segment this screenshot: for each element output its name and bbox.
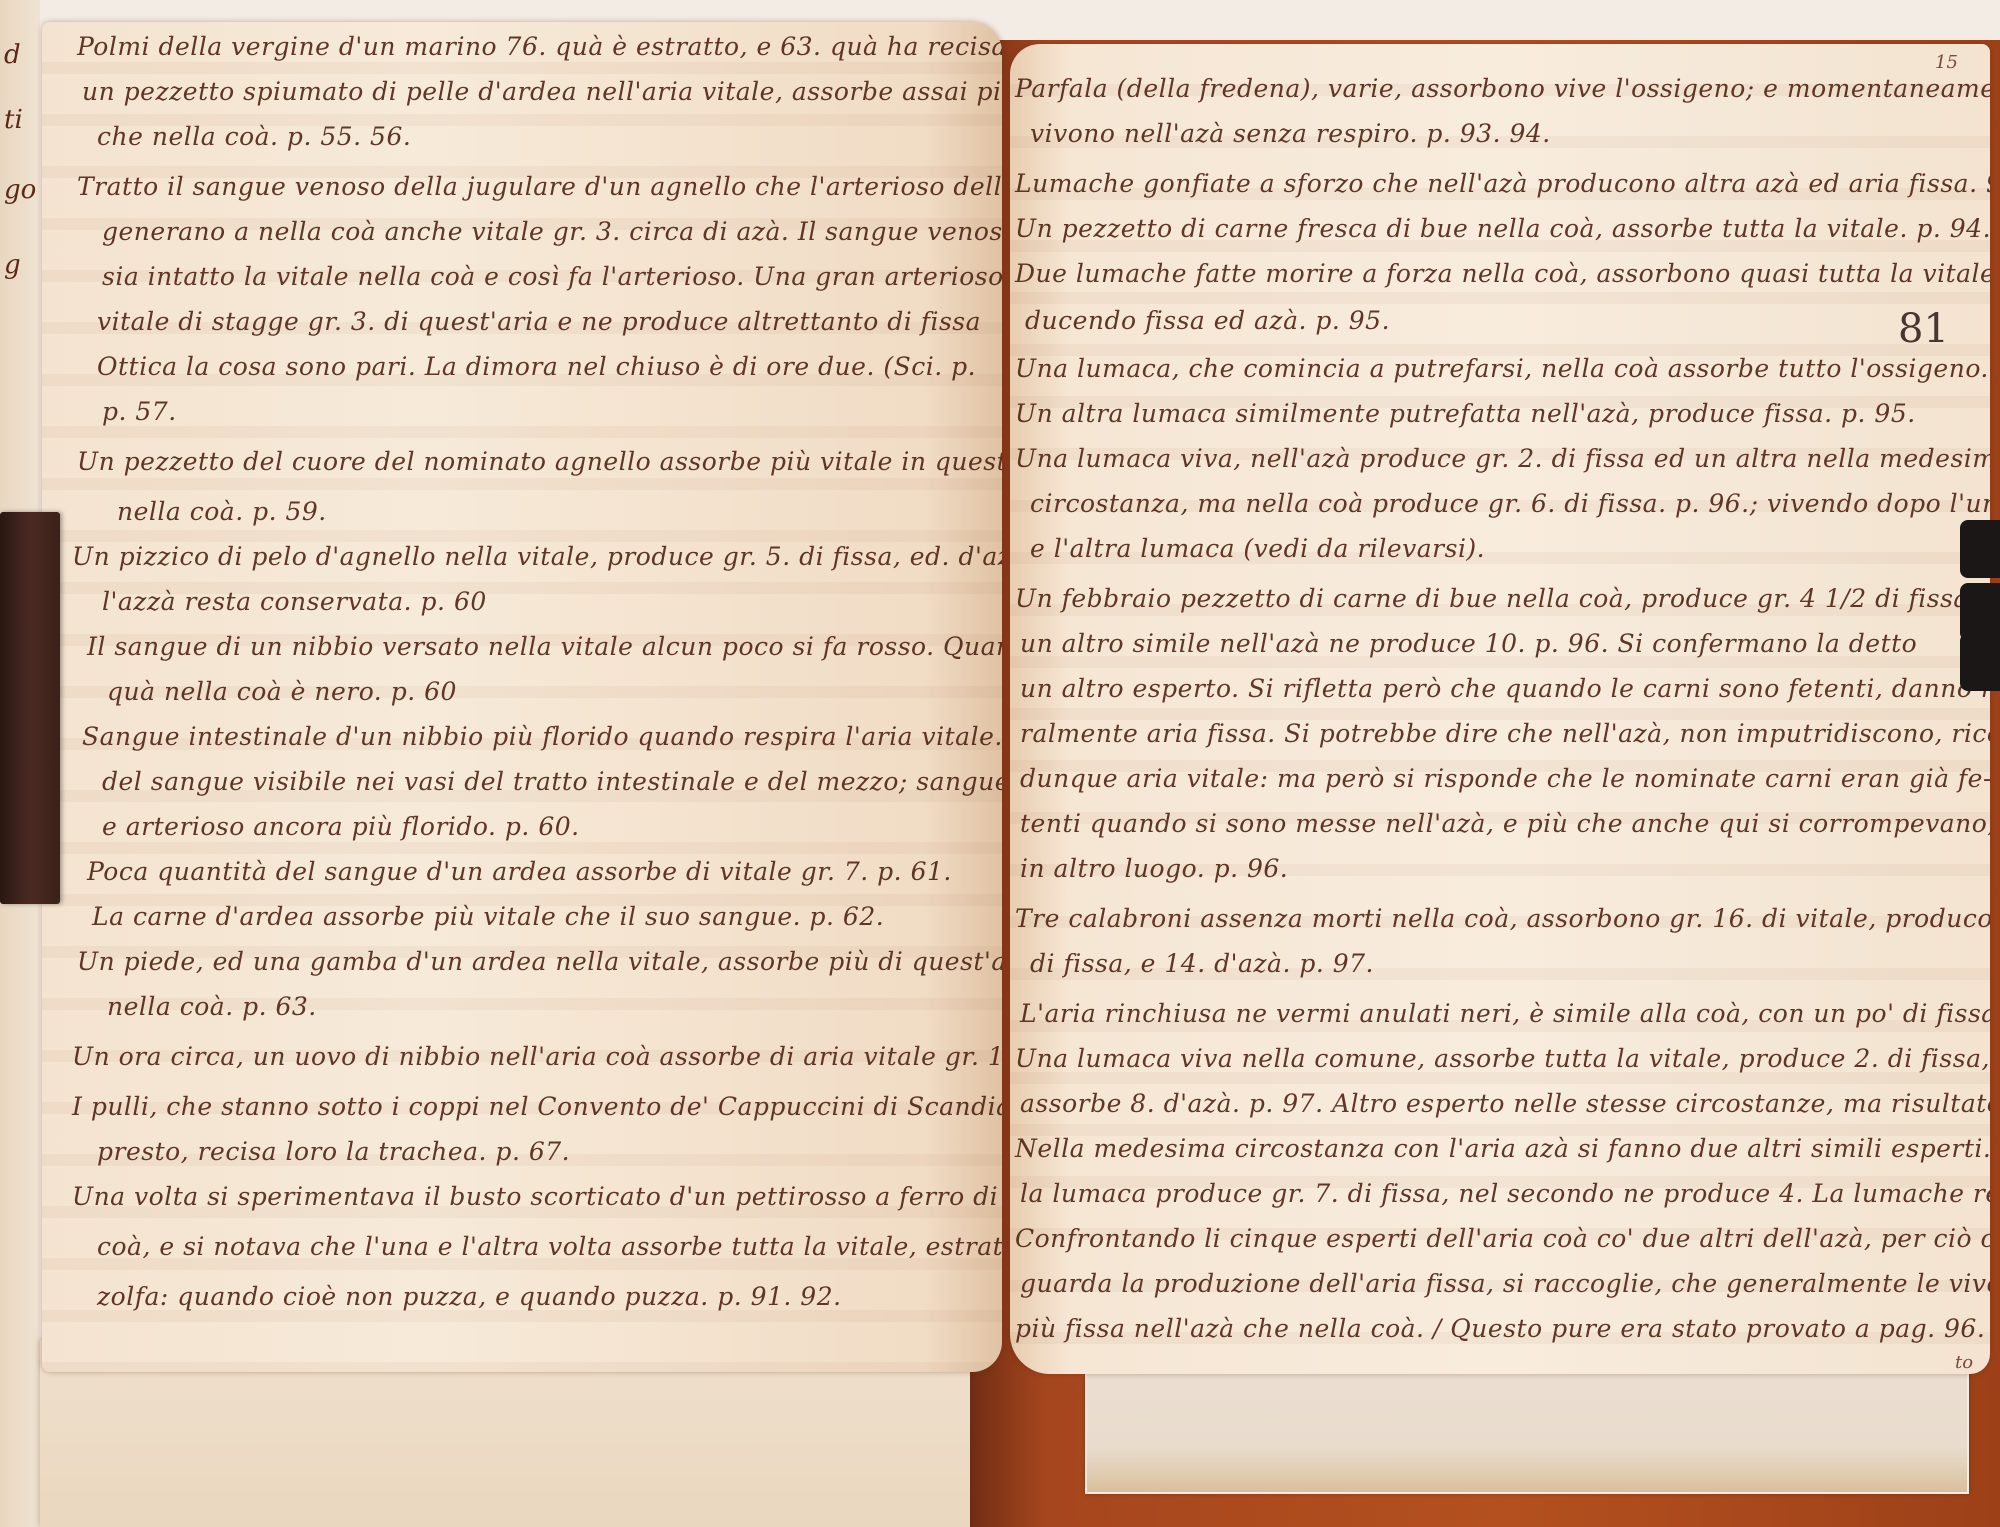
manuscript-line: Tre calabroni assenza morti nella coà, a… — [1015, 904, 1990, 933]
manuscript-line: presto, recisa loro la trachea. p. 67. — [97, 1137, 570, 1166]
manuscript-line: Un ora circa, un uovo di nibbio nell'ari… — [72, 1042, 1002, 1071]
manuscript-line: Ottica la cosa sono pari. La dimora nel … — [97, 352, 976, 381]
right-page-text: Parfala (della fredena), varie, assorbon… — [1010, 44, 1990, 1374]
manuscript-line: Poca quantità del sangue d'un ardea asso… — [87, 857, 952, 886]
manuscript-line: un pezzetto spiumato di pelle d'ardea ne… — [82, 77, 1002, 106]
manuscript-line: generano a nella coà anche vitale gr. 3.… — [102, 217, 1002, 246]
margin-fragment: d — [4, 40, 21, 70]
manuscript-line: ducendo fissa ed azà. p. 95. — [1025, 306, 1390, 335]
manuscript-line: La carne d'ardea assorbe più vitale che … — [92, 902, 884, 931]
manuscript-line: Un piede, ed una gamba d'un ardea nella … — [77, 947, 1002, 976]
left-page: Polmi della vergine d'un marino 76. quà … — [42, 22, 1002, 1372]
manuscript-line: del sangue visibile nei vasi del tratto … — [102, 767, 1002, 796]
manuscript-line: I pulli, che stanno sotto i coppi nel Co… — [72, 1092, 1002, 1121]
manuscript-line: L'aria rinchiusa ne vermi anulati neri, … — [1020, 999, 1990, 1028]
manuscript-line: Un altra lumaca similmente putrefatta ne… — [1015, 399, 1916, 428]
manuscript-line: guarda la produzione dell'aria fissa, si… — [1020, 1269, 1990, 1298]
manuscript-line: un altro simile nell'azà ne produce 10. … — [1020, 629, 1917, 658]
manuscript-line: che nella coà. p. 55. 56. — [97, 122, 411, 151]
manuscript-line: Tratto il sangue venoso della jugulare d… — [77, 172, 1002, 201]
binder-clip-right-3 — [1960, 633, 2000, 691]
manuscript-line: Un febbraio pezzetto di carne di bue nel… — [1015, 584, 1990, 613]
manuscript-line: e l'altra lumaca (vedi da rilevarsi). — [1030, 534, 1485, 563]
manuscript-line: l'azzà resta conservata. p. 60 — [102, 587, 487, 616]
manuscript-line: assorbe 8. d'azà. p. 97. Altro esperto n… — [1020, 1089, 1990, 1118]
binder-clip-left — [0, 512, 60, 904]
manuscript-line: Confrontando li cinque esperti dell'aria… — [1015, 1224, 1990, 1253]
manuscript-line: Parfala (della fredena), varie, assorbon… — [1015, 74, 1990, 103]
manuscript-line: coà, e si notava che l'una e l'altra vol… — [97, 1232, 1002, 1261]
manuscript-line: Un pezzetto del cuore del nominato agnel… — [77, 447, 1002, 476]
manuscript-line: e arterioso ancora più florido. p. 60. — [102, 812, 580, 841]
manuscript-line: la lumaca produce gr. 7. di fissa, nel s… — [1020, 1179, 1990, 1208]
manuscript-line: vivono nell'azà senza respiro. p. 93. 94… — [1030, 119, 1551, 148]
manuscript-line: più fissa nell'azà che nella coà. / Ques… — [1015, 1314, 1990, 1343]
manuscript-line: Un pizzico di pelo d'agnello nella vital… — [72, 542, 1002, 571]
manuscript-line: nella coà. p. 63. — [107, 992, 317, 1021]
manuscript-line: p. 57. — [102, 397, 177, 426]
manuscript-line: dunque aria vitale: ma però si risponde … — [1020, 764, 1990, 793]
margin-fragment: ti — [4, 105, 23, 135]
manuscript-line: di fissa, e 14. d'azà. p. 97. — [1030, 949, 1374, 978]
manuscript-line: Lumache gonfiate a sforzo che nell'azà p… — [1015, 169, 1990, 198]
manuscript-line: circostanza, ma nella coà produce gr. 6.… — [1030, 489, 1990, 518]
manuscript-line: Polmi della vergine d'un marino 76. quà … — [77, 32, 1002, 61]
manuscript-line: Il sangue di un nibbio versato nella vit… — [87, 632, 1002, 661]
manuscript-line: Una lumaca, che comincia a putrefarsi, n… — [1015, 354, 1990, 383]
manuscript-line: nella coà. p. 59. — [117, 497, 327, 526]
manuscript-line: in altro luogo. p. 96. — [1020, 854, 1288, 883]
binder-clip-right-1 — [1960, 520, 2000, 578]
manuscript-line: Un pezzetto di carne fresca di bue nella… — [1015, 214, 1990, 243]
margin-fragment: go — [4, 175, 36, 205]
manuscript-line: vitale di stagge gr. 3. di quest'aria e … — [97, 307, 981, 336]
margin-fragment: g — [4, 250, 21, 280]
manuscript-line: sia intatto la vitale nella coà e così f… — [102, 262, 1002, 291]
manuscript-line: ralmente aria fissa. Si potrebbe dire ch… — [1020, 719, 1990, 748]
manuscript-line: Due lumache fatte morire a forza nella c… — [1015, 259, 1990, 288]
manuscript-line: Sangue intestinale d'un nibbio più flori… — [82, 722, 1002, 751]
manuscript-line: Una lumaca viva nella comune, assorbe tu… — [1015, 1044, 1990, 1073]
manuscript-line: Nella medesima circostanza con l'aria az… — [1015, 1134, 1990, 1163]
manuscript-line: Una lumaca viva, nell'azà produce gr. 2.… — [1015, 444, 1990, 473]
left-page-text: Polmi della vergine d'un marino 76. quà … — [42, 22, 1002, 1372]
manuscript-line: Una volta si sperimentava il busto scort… — [72, 1182, 1002, 1211]
manuscript-line: zolfa: quando cioè non puzza, e quando p… — [97, 1282, 842, 1311]
manuscript-line: tenti quando si sono messe nell'azà, e p… — [1020, 809, 1990, 838]
right-page: 15 81 to Parfala (della fredena), varie,… — [1010, 44, 1990, 1374]
manuscript-line: quà nella coà è nero. p. 60 — [107, 677, 457, 706]
manuscript-line: un altro esperto. Si rifletta però che q… — [1020, 674, 1990, 703]
